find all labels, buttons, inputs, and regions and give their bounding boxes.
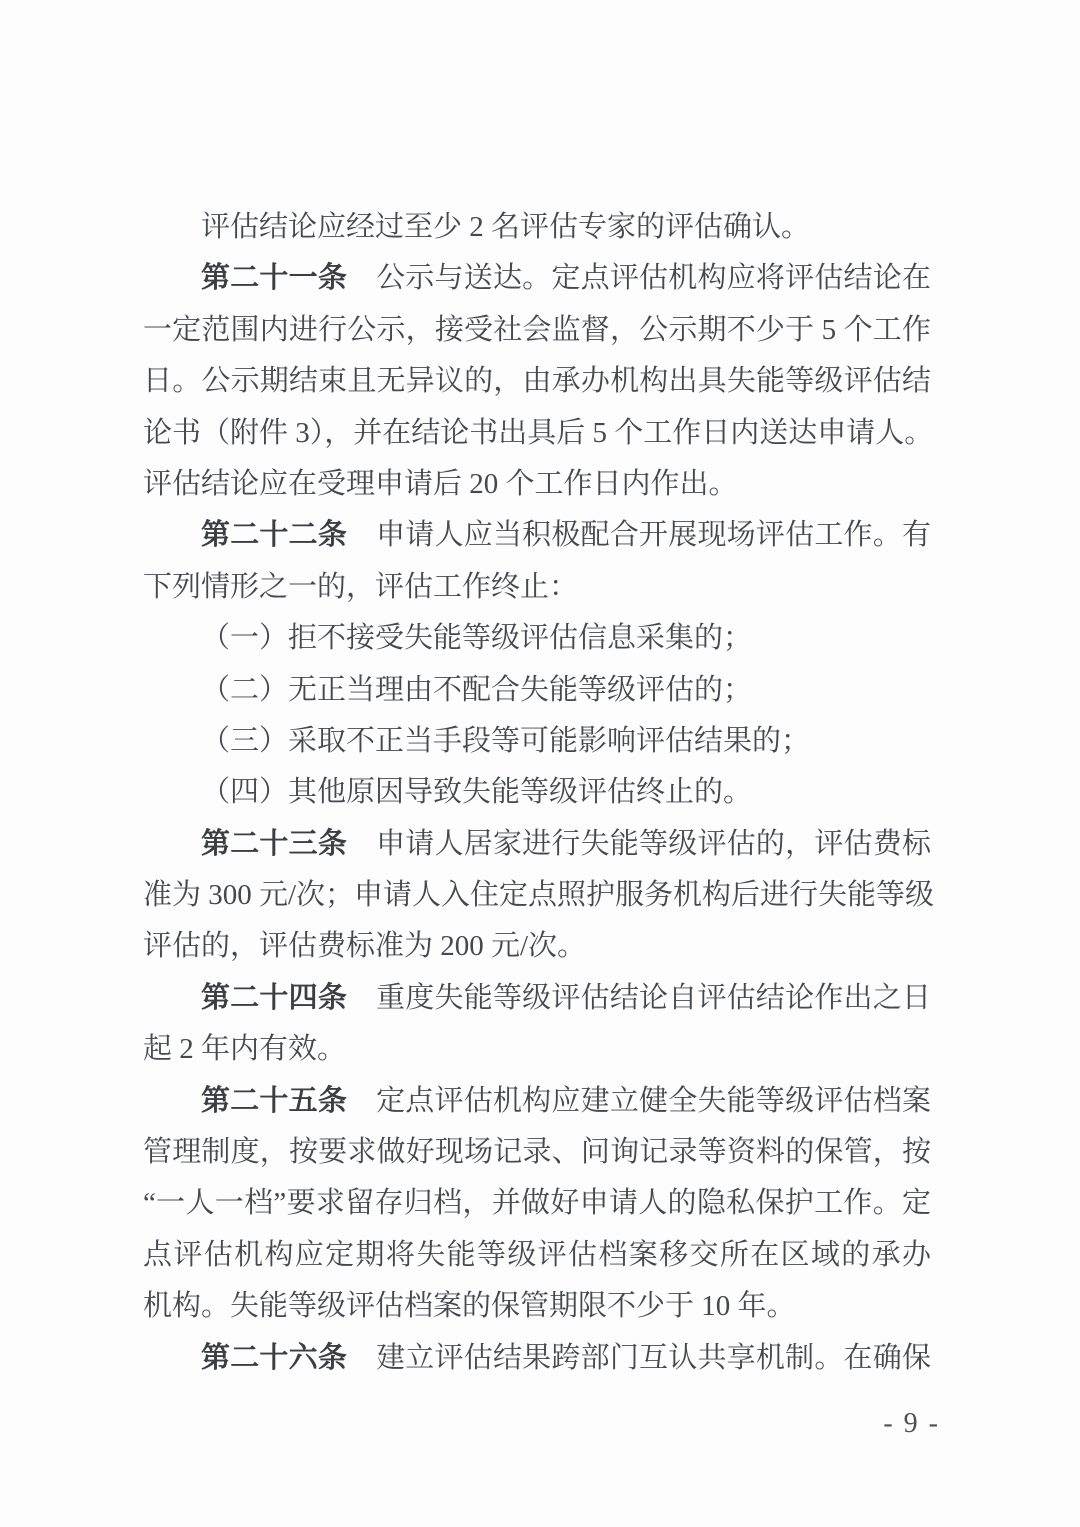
line-text: 论书（附件 3），并在结论书出具后 5 个工作日内送达申请人。 <box>143 417 933 449</box>
line-text: 机构。失能等级评估档案的保管期限不少于 10 年。 <box>143 1290 796 1322</box>
line-text: （四）其他原因导致失能等级评估终止的。 <box>201 776 752 808</box>
text-line: （二）无正当理由不配合失能等级评估的； <box>143 665 931 716</box>
line-text: （一）拒不接受失能等级评估信息采集的； <box>201 622 752 654</box>
article-number: 第二十一条 <box>201 262 347 294</box>
text-line: 日。公示期结束且无异议的，由承办机构出具失能等级评估结 <box>143 356 931 407</box>
text-line: 第二十一条公示与送达。定点评估机构应将评估结论在 <box>143 253 931 304</box>
line-text: （二）无正当理由不配合失能等级评估的； <box>201 674 752 706</box>
line-text: 评估结论应在受理申请后 20 个工作日内作出。 <box>143 468 738 500</box>
line-text: 一定范围内进行公示，接受社会监督，公示期不少于 5 个工作 <box>143 314 931 346</box>
line-text: 重度失能等级评估结论自评估结论作出之日 <box>376 982 931 1014</box>
text-line: 点评估机构应定期将失能等级评估档案移交所在区域的承办 <box>143 1230 931 1281</box>
text-line: 评估的，评估费标准为 200 元/次。 <box>143 921 931 972</box>
text-line: （一）拒不接受失能等级评估信息采集的； <box>143 613 931 664</box>
line-text: 定点评估机构应建立健全失能等级评估档案 <box>376 1085 931 1117</box>
line-text: 建立评估结果跨部门互认共享机制。在确保 <box>376 1342 931 1374</box>
text-line: 第二十二条申请人应当积极配合开展现场评估工作。有 <box>143 510 931 561</box>
text-line: 第二十四条重度失能等级评估结论自评估结论作出之日 <box>143 973 931 1024</box>
page-number: - 9 - <box>883 1408 940 1440</box>
text-line: （三）采取不正当手段等可能影响评估结果的； <box>143 716 931 767</box>
text-line: 论书（附件 3），并在结论书出具后 5 个工作日内送达申请人。 <box>143 408 931 459</box>
text-line: （四）其他原因导致失能等级评估终止的。 <box>143 767 931 818</box>
text-line: 准为 300 元/次；申请人入住定点照护服务机构后进行失能等级 <box>143 870 931 921</box>
text-line: 第二十六条建立评估结果跨部门互认共享机制。在确保 <box>143 1333 931 1384</box>
line-text: 申请人应当积极配合开展现场评估工作。有 <box>376 519 931 551</box>
line-text: “一人一档”要求留存归档，并做好申请人的隐私保护工作。定 <box>143 1187 931 1219</box>
article-number: 第二十三条 <box>201 828 347 860</box>
line-text: 点评估机构应定期将失能等级评估档案移交所在区域的承办 <box>143 1239 931 1271</box>
line-text: 起 2 年内有效。 <box>143 1033 346 1065</box>
article-number: 第二十四条 <box>201 982 347 1014</box>
text-line: 评估结论应在受理申请后 20 个工作日内作出。 <box>143 459 931 510</box>
line-text: 评估结论应经过至少 2 名评估专家的评估确认。 <box>201 211 810 243</box>
article-number: 第二十五条 <box>201 1085 347 1117</box>
text-line: “一人一档”要求留存归档，并做好申请人的隐私保护工作。定 <box>143 1178 931 1229</box>
text-line: 下列情形之一的，评估工作终止： <box>143 562 931 613</box>
line-text: （三）采取不正当手段等可能影响评估结果的； <box>201 725 810 757</box>
article-number: 第二十六条 <box>201 1342 347 1374</box>
text-line: 评估结论应经过至少 2 名评估专家的评估确认。 <box>143 202 931 253</box>
line-text: 下列情形之一的，评估工作终止： <box>143 571 578 603</box>
line-text: 准为 300 元/次；申请人入住定点照护服务机构后进行失能等级 <box>143 879 934 911</box>
text-line: 管理制度，按要求做好现场记录、问询记录等资料的保管，按 <box>143 1127 931 1178</box>
text-line: 一定范围内进行公示，接受社会监督，公示期不少于 5 个工作 <box>143 305 931 356</box>
text-line: 第二十三条申请人居家进行失能等级评估的，评估费标 <box>143 819 931 870</box>
article-number: 第二十二条 <box>201 519 347 551</box>
text-line: 机构。失能等级评估档案的保管期限不少于 10 年。 <box>143 1281 931 1332</box>
line-text: 公示与送达。定点评估机构应将评估结论在 <box>376 262 931 294</box>
line-text: 评估的，评估费标准为 200 元/次。 <box>143 930 586 962</box>
line-text: 申请人居家进行失能等级评估的，评估费标 <box>376 828 931 860</box>
text-line: 第二十五条定点评估机构应建立健全失能等级评估档案 <box>143 1076 931 1127</box>
text-block: 评估结论应经过至少 2 名评估专家的评估确认。第二十一条公示与送达。定点评估机构… <box>143 202 931 1384</box>
line-text: 日。公示期结束且无异议的，由承办机构出具失能等级评估结 <box>143 365 931 397</box>
text-line: 起 2 年内有效。 <box>143 1024 931 1075</box>
document-page: 评估结论应经过至少 2 名评估专家的评估确认。第二十一条公示与送达。定点评估机构… <box>0 0 1080 1527</box>
line-text: 管理制度，按要求做好现场记录、问询记录等资料的保管，按 <box>143 1136 931 1168</box>
